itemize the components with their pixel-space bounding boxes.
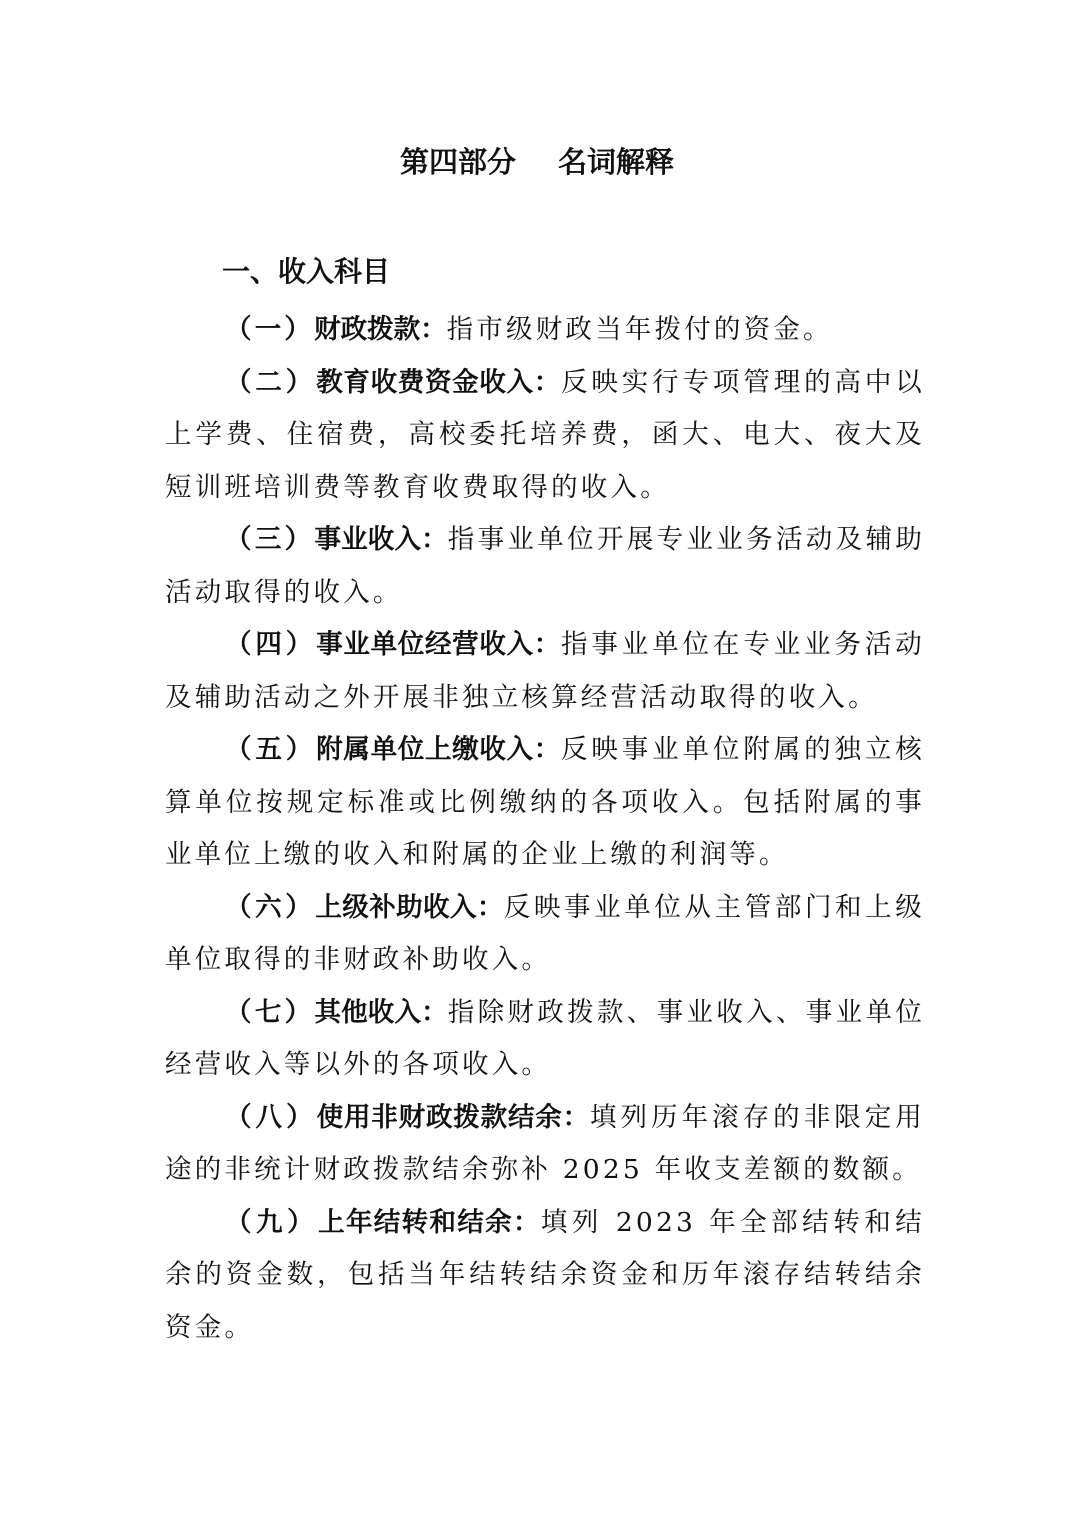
item-term: 上年结转和结余： (318, 1207, 541, 1238)
item-term: 其他收入： (315, 997, 448, 1028)
item-number: （七） (225, 997, 315, 1028)
item-number: （五） (225, 734, 316, 765)
item-number: （八） (225, 1102, 317, 1133)
item-term: 财政拨款： (314, 314, 447, 345)
title-part: 第四部分 (400, 145, 516, 179)
definition-item: （五）附属单位上缴收入：反映事业单位附属的独立核算单位按规定标准或比例缴纳的各项… (165, 724, 925, 882)
item-number: （六） (225, 892, 315, 923)
definition-item: （八）使用非财政拨款结余：填列历年滚存的非限定用途的非统计财政拨款结余弥补 20… (165, 1092, 925, 1197)
item-term: 事业单位经营收入： (316, 629, 561, 660)
title-name: 名词解释 (558, 145, 674, 179)
item-number: （四） (225, 629, 316, 660)
definition-item: （七）其他收入：指除财政拨款、事业收入、事业单位经营收入等以外的各项收入。 (165, 987, 925, 1092)
section-heading: 一、收入科目 (222, 250, 390, 294)
item-number: （一） (225, 314, 314, 345)
definition-item: （四）事业单位经营收入：指事业单位在专业业务活动及辅助活动之外开展非独立核算经营… (165, 619, 925, 724)
item-number: （九） (225, 1207, 318, 1238)
item-term: 附属单位上缴收入： (316, 734, 561, 765)
definition-item: （九）上年结转和结余：填列 2023 年全部结转和结余的资金数，包括当年结转结余… (165, 1197, 925, 1355)
page-title: 第四部分名词解释 (0, 140, 1074, 184)
item-term: 教育收费资金收入： (316, 367, 561, 398)
item-number: （二） (225, 367, 316, 398)
document-page: 第四部分名词解释 一、收入科目 （一）财政拨款：指市级财政当年拨付的资金。 （二… (0, 0, 1074, 1520)
definition-item: （六）上级补助收入：反映事业单位从主管部门和上级单位取得的非财政补助收入。 (165, 882, 925, 987)
definition-item: （二）教育收费资金收入：反映实行专项管理的高中以上学费、住宿费，高校委托培养费，… (165, 357, 925, 515)
item-term: 上级补助收入： (315, 892, 503, 923)
item-number: （三） (225, 524, 315, 555)
definitions-list: （一）财政拨款：指市级财政当年拨付的资金。 （二）教育收费资金收入：反映实行专项… (165, 304, 925, 1354)
item-text: 指市级财政当年拨付的资金。 (447, 314, 833, 345)
definition-item: （一）财政拨款：指市级财政当年拨付的资金。 (165, 304, 925, 357)
item-term: 使用非财政拨款结余： (317, 1102, 590, 1133)
definition-item: （三）事业收入：指事业单位开展专业业务活动及辅助活动取得的收入。 (165, 514, 925, 619)
item-term: 事业收入： (315, 524, 448, 555)
